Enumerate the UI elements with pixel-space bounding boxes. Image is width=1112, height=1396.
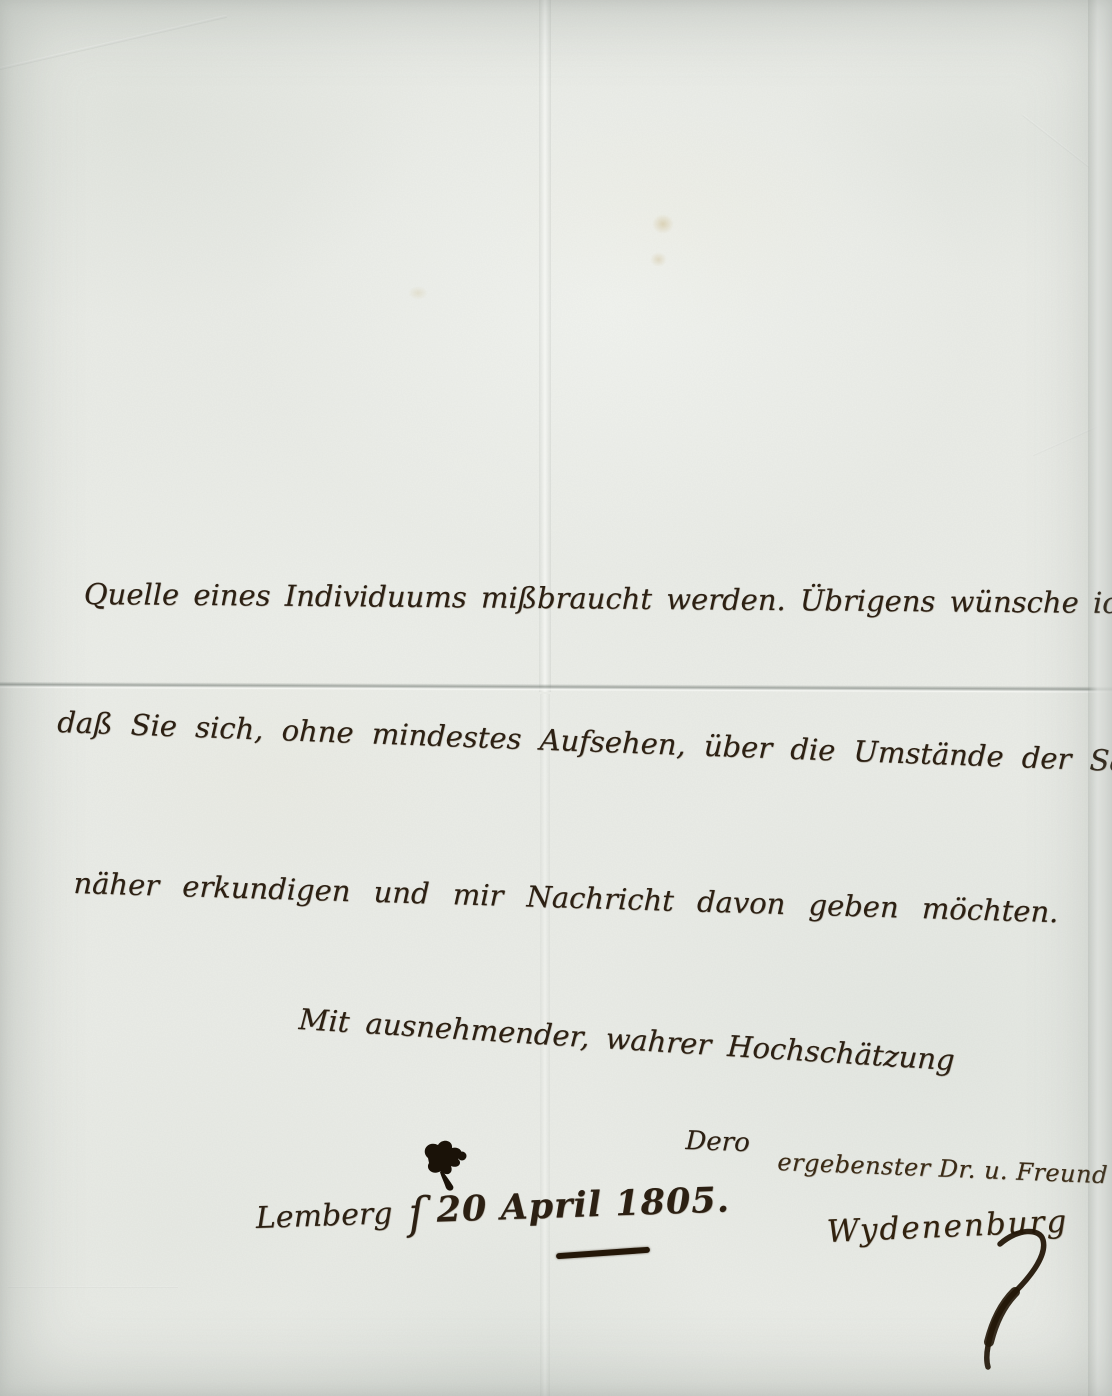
dateline-separator: ſ [408, 1188, 426, 1240]
foxing-stain [652, 214, 674, 234]
dateline-place: Lemberg [255, 1196, 393, 1236]
foxing-stain [650, 252, 667, 267]
edge-crease [8, 1286, 178, 1288]
dateline-date: 20 April 1805. [436, 1179, 731, 1230]
signature-flourish [940, 1190, 1110, 1390]
letter-photo: Quelle eines Individuums mißbraucht werd… [0, 0, 1112, 1396]
foxing-stain [408, 286, 428, 300]
closing-pronoun: Dero [685, 1126, 750, 1158]
